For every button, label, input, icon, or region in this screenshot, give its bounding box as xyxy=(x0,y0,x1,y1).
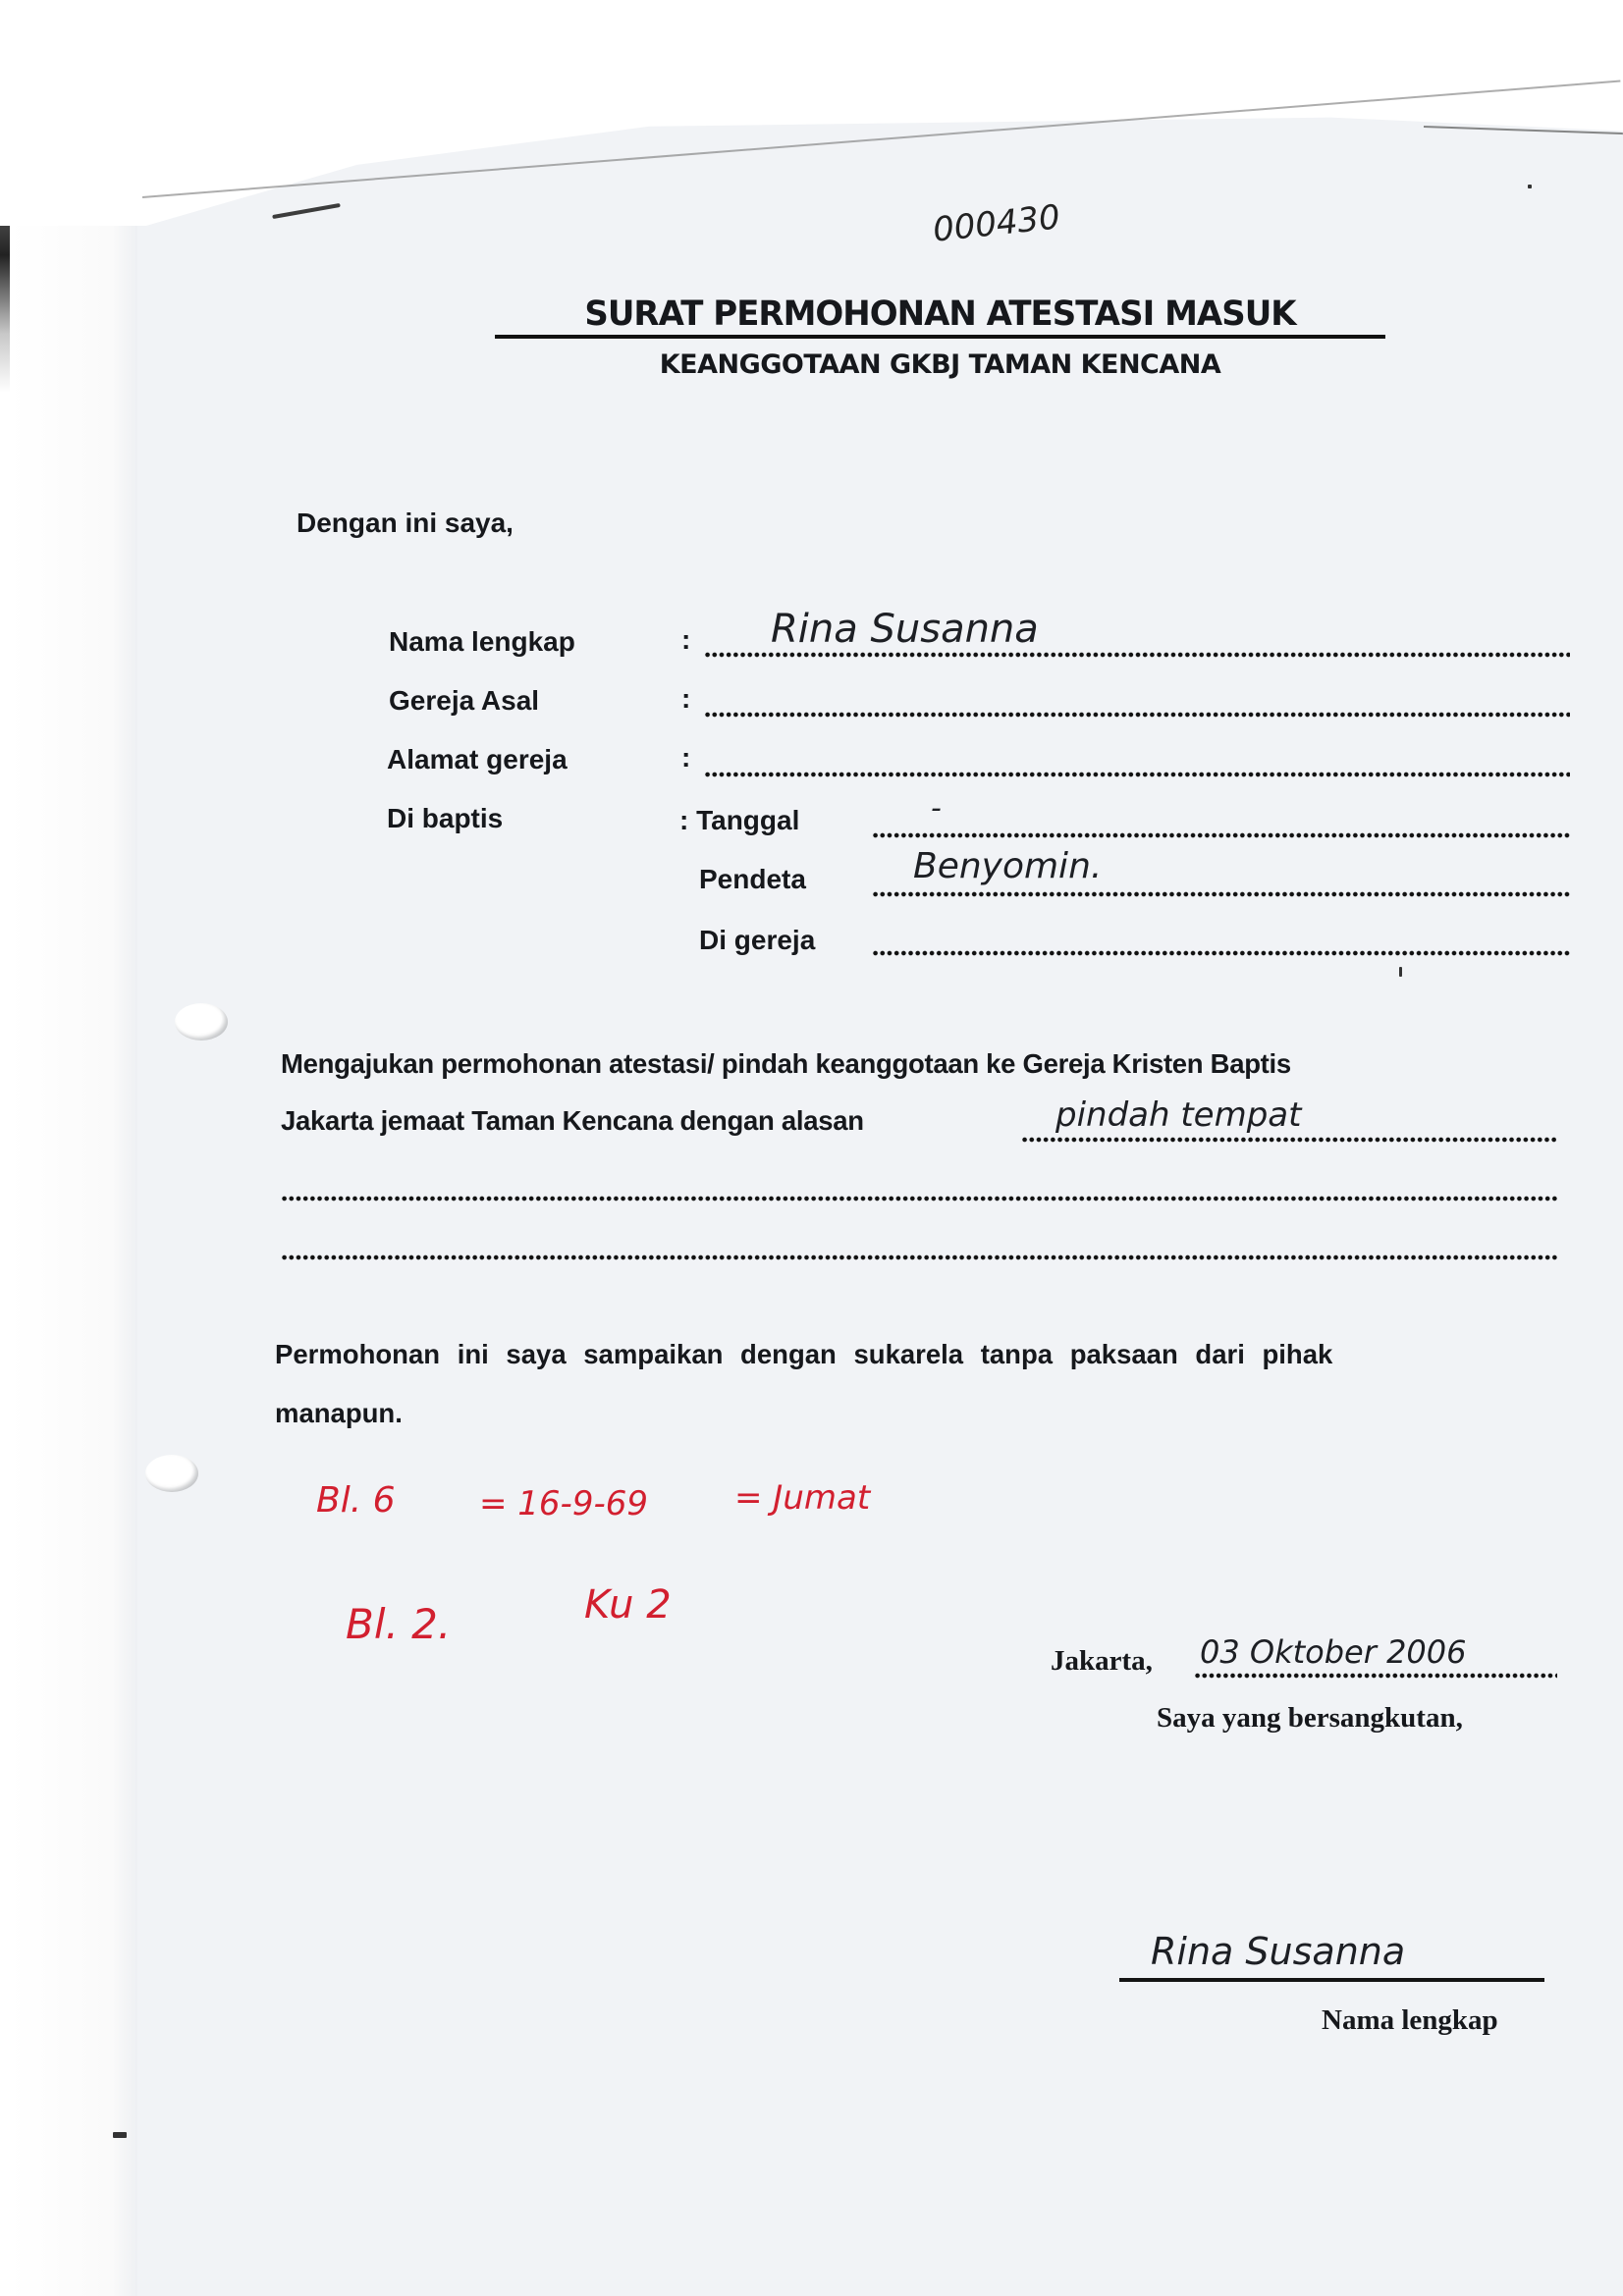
red-annotation: = Jumat xyxy=(734,1478,870,1518)
field-separator: : xyxy=(681,742,690,774)
closing-text: Saya yang bersangkutan, xyxy=(1157,1702,1463,1735)
field-dotted-line xyxy=(872,891,1570,897)
signature-handwritten[interactable]: Rina Susanna xyxy=(1151,1930,1405,1973)
greeting-text: Dengan ini saya, xyxy=(297,507,514,539)
signature-name-label: Nama lengkap xyxy=(1322,2004,1498,2037)
signature-line xyxy=(1119,1978,1544,1982)
field-label: Gereja Asal xyxy=(389,685,539,717)
field-value-handwritten[interactable]: - xyxy=(931,791,942,826)
reason-value-handwritten[interactable]: pindah tempat xyxy=(1055,1095,1301,1135)
reference-number: 000430 xyxy=(931,197,1061,249)
date-value-handwritten[interactable]: 03 Oktober 2006 xyxy=(1200,1633,1467,1671)
red-annotation: = 16-9-69 xyxy=(479,1484,648,1523)
scan-speck xyxy=(1399,967,1402,977)
place-label: Jakarta, xyxy=(1051,1645,1153,1678)
red-annotation: Bl. 6 xyxy=(316,1480,396,1521)
pen-dash-mark xyxy=(272,203,341,219)
scan-margin xyxy=(10,196,137,2296)
document-title: SURAT PERMOHONAN ATESTASI MASUK xyxy=(495,294,1385,339)
field-label: Nama lengkap xyxy=(389,626,575,658)
scan-speck xyxy=(113,2132,127,2138)
scanner-edge xyxy=(0,0,10,2296)
field-dotted-line xyxy=(1021,1137,1556,1143)
field-dotted-line xyxy=(704,772,1570,777)
field-label: : Tanggal xyxy=(679,805,799,836)
field-dotted-line xyxy=(704,652,1570,658)
field-dotted-line xyxy=(1194,1673,1557,1679)
baptism-label: Di baptis xyxy=(387,803,503,834)
request-line-1: Mengajukan permohonan atestasi/ pindah k… xyxy=(281,1048,1291,1080)
field-value-handwritten[interactable]: Rina Susanna xyxy=(771,607,1039,652)
folded-page-corner xyxy=(0,0,1623,226)
field-dotted-line xyxy=(872,950,1570,956)
reason-dotted-line-3[interactable] xyxy=(281,1255,1557,1260)
red-annotation: Ku 2 xyxy=(584,1582,672,1628)
declaration-line-1: Permohonan ini saya sampaikan dengan suk… xyxy=(275,1339,1332,1370)
field-separator: : xyxy=(681,624,690,656)
request-line-2: Jakarta jemaat Taman Kencana dengan alas… xyxy=(281,1105,864,1137)
scan-speck xyxy=(1528,185,1532,188)
field-value-handwritten[interactable]: Benyomin. xyxy=(913,846,1102,886)
field-label: Di gereja xyxy=(699,925,815,956)
punch-hole-icon xyxy=(175,1003,228,1041)
punch-hole-icon xyxy=(145,1455,198,1492)
field-dotted-line xyxy=(704,712,1570,718)
document-subtitle: KEANGGOTAAN GKBJ TAMAN KENCANA xyxy=(481,349,1399,380)
field-label: Pendeta xyxy=(699,864,806,895)
red-annotation: Bl. 2. xyxy=(346,1600,451,1648)
field-dotted-line xyxy=(872,832,1570,838)
field-label: Alamat gereja xyxy=(387,744,568,775)
reason-dotted-line-2[interactable] xyxy=(281,1196,1557,1201)
field-separator: : xyxy=(681,683,690,715)
declaration-line-2: manapun. xyxy=(275,1398,403,1429)
